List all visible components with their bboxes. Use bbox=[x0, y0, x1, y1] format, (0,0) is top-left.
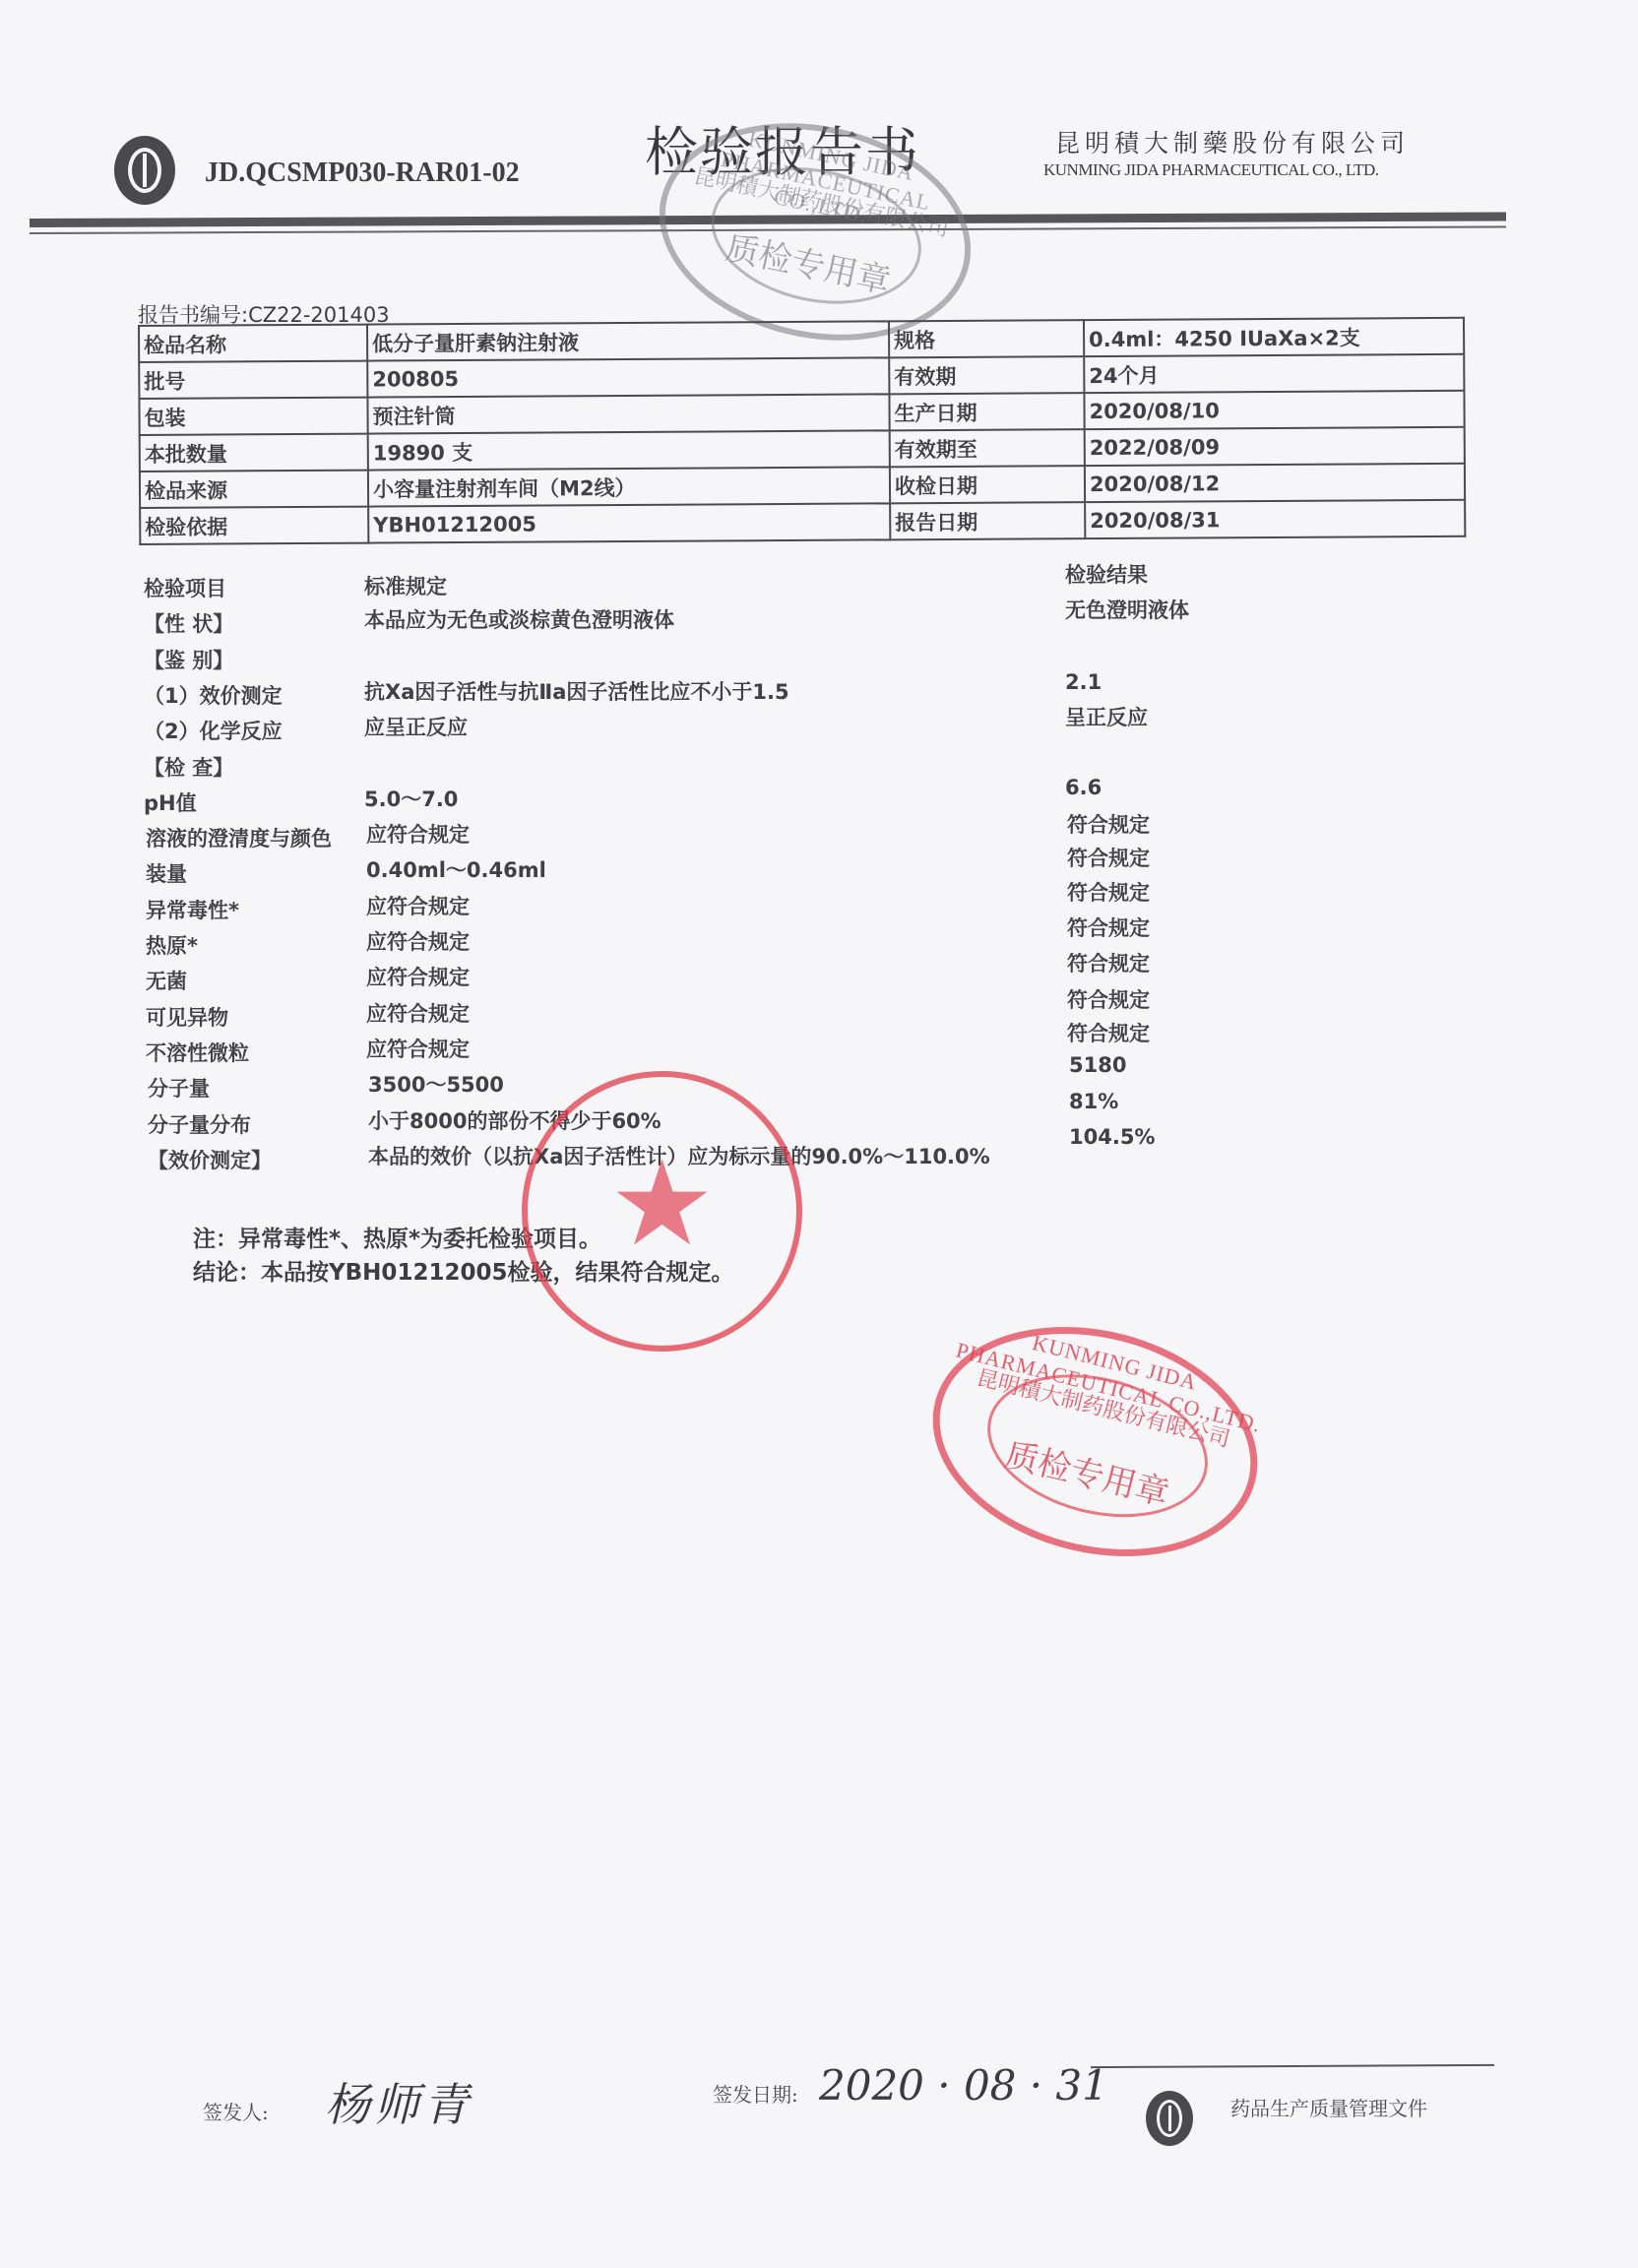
official-seal-red: ★ bbox=[522, 1071, 802, 1352]
issue-date-handwritten: 2020 · 08 · 31 bbox=[819, 2061, 1108, 2110]
test-standard: 应符合规定 bbox=[366, 926, 470, 956]
test-item: pH值 bbox=[144, 787, 197, 817]
test-item: 【效价测定】 bbox=[148, 1145, 272, 1174]
test-item: 【性 状】 bbox=[144, 608, 233, 638]
test-result: 104.5% bbox=[1069, 1125, 1155, 1149]
test-result: 符合规定 bbox=[1067, 877, 1150, 907]
test-result: 符合规定 bbox=[1067, 843, 1150, 872]
test-item: 分子量分布 bbox=[148, 1109, 251, 1139]
test-result: 呈正反应 bbox=[1065, 702, 1148, 731]
test-result: 2.1 bbox=[1065, 670, 1102, 694]
signer-signature: 杨师青 bbox=[325, 2069, 472, 2134]
test-item: （1）效价测定 bbox=[144, 680, 283, 710]
test-results-section: 检验项目标准规定检验结果【性 状】本品应为无色或淡棕黄色澄明液体无色澄明液体【鉴… bbox=[0, 0, 1638, 1230]
footer-logo-icon bbox=[1146, 2091, 1193, 2146]
test-result: 6.6 bbox=[1065, 776, 1102, 799]
test-item: 溶液的澄清度与颜色 bbox=[146, 823, 332, 852]
test-result: 符合规定 bbox=[1067, 809, 1150, 839]
test-result: 符合规定 bbox=[1067, 948, 1150, 977]
test-result: 符合规定 bbox=[1067, 913, 1150, 942]
signer-label: 签发人: bbox=[203, 2097, 269, 2125]
test-header-result: 检验结果 bbox=[1065, 559, 1148, 589]
test-result: 81% bbox=[1069, 1090, 1118, 1113]
test-standard: 应符合规定 bbox=[366, 891, 470, 920]
test-item: 异常毒性* bbox=[146, 895, 239, 924]
test-header-standard: 标准规定 bbox=[364, 571, 447, 600]
test-standard: 应符合规定 bbox=[366, 819, 470, 849]
test-result: 符合规定 bbox=[1067, 1018, 1150, 1047]
test-item: （2）化学反应 bbox=[144, 716, 283, 745]
test-standard: 0.40ml～0.46ml bbox=[366, 854, 546, 884]
test-standard: 应呈正反应 bbox=[364, 712, 468, 741]
qc-stamp-red: KUNMING JIDA PHARMACEUTICAL CO.,LTD. 昆明積… bbox=[909, 1294, 1282, 1589]
test-standard: 5.0～7.0 bbox=[364, 784, 458, 813]
test-standard: 本品应为无色或淡棕黄色澄明液体 bbox=[364, 604, 674, 634]
test-item: 装量 bbox=[146, 858, 187, 888]
test-item: 分子量 bbox=[148, 1073, 210, 1102]
test-result: 无色澄明液体 bbox=[1065, 595, 1189, 624]
test-result: 5180 bbox=[1069, 1053, 1126, 1077]
footer-divider bbox=[1091, 2064, 1494, 2068]
star-icon: ★ bbox=[528, 1146, 796, 1264]
test-item: 【鉴 别】 bbox=[144, 645, 233, 674]
test-item: 热原* bbox=[146, 930, 198, 960]
test-item: 【检 查】 bbox=[144, 752, 233, 782]
test-standard: 应符合规定 bbox=[366, 998, 470, 1028]
test-header-item: 检验项目 bbox=[144, 573, 226, 602]
test-standard: 应符合规定 bbox=[366, 1034, 470, 1063]
test-item: 无菌 bbox=[146, 966, 187, 995]
test-result: 符合规定 bbox=[1067, 984, 1150, 1014]
test-standard: 应符合规定 bbox=[366, 962, 470, 991]
document-type: 药品生产质量管理文件 bbox=[1230, 2093, 1427, 2121]
issue-date-label: 签发日期: bbox=[713, 2079, 798, 2108]
test-item: 不溶性微粒 bbox=[146, 1038, 249, 1067]
test-standard: 抗Ⅹa因子活性与抗Ⅱa因子活性比应不小于1.5 bbox=[364, 676, 789, 706]
test-standard: 3500～5500 bbox=[368, 1069, 504, 1099]
test-item: 可见异物 bbox=[146, 1002, 228, 1032]
